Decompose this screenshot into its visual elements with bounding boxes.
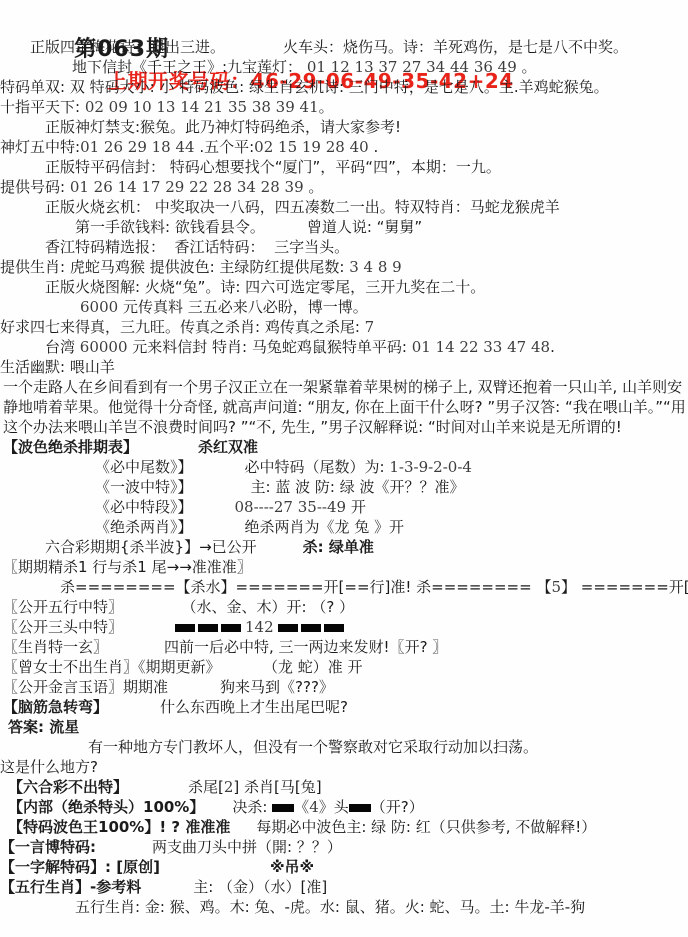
text-segment: 正版火烧玄机： 中奖取决一八码，四五凑数二一出。特双特肖：马蛇龙猴虎羊	[45, 198, 560, 216]
black-bar	[272, 804, 294, 812]
doc-line: 有一种地方专门教坏人，但没有一个警察敢对它采取行动加以扫荡。	[0, 737, 688, 757]
text-segment: 什么东西晚上才生出尾巴呢?	[160, 698, 348, 716]
doc-line: 正版神灯禁支:猴兔。此乃神灯特码绝杀，请大家参考!	[0, 117, 688, 137]
text-segment: 3 4 8 9	[349, 258, 401, 276]
text-segment: 【波色绝杀排期表】	[3, 438, 138, 456]
doc-line: 好求四七来得真，三九旺。传真之杀肖: 鸡传真之杀尾: 7	[0, 317, 688, 337]
text-segment: 6000	[80, 298, 118, 316]
black-bar	[301, 624, 321, 632]
doc-line: 〖公开三头中特〗142	[0, 617, 688, 637]
text-segment: 60000	[80, 338, 128, 356]
doc-line: 【波色绝杀排期表】杀红双准	[0, 437, 688, 457]
text-segment: 。	[304, 178, 324, 196]
doc-line: 【一字解特码】: [原创]※吊※	[0, 857, 688, 877]
text-segment: 地下信封《千王之王》:九宝莲灯：	[72, 58, 307, 76]
text-segment: 生活幽默: 喂山羊	[0, 358, 115, 376]
text-segment: 《	[294, 798, 309, 816]
doc-line: 《必中特段》】08----27 35--49 开	[0, 497, 688, 517]
text-segment: 特码单双: 双 特码大小: 小 特码波色: 绿生肖玄机诗: 三门中特，是七是八。…	[0, 78, 609, 96]
text-segment: 开	[346, 498, 366, 516]
text-segment: 第一手欲钱料: 欲钱看县令。	[75, 218, 265, 236]
text-segment: 《绝杀两肖》】	[95, 518, 193, 536]
black-bar	[278, 624, 298, 632]
doc-line: 地下信封《千王之王》:九宝莲灯： 01 12 13 37 27 34 44 36…	[0, 57, 688, 77]
doc-line: 正版火烧图解: 火烧“兔”。诗: 四六可选定零尾，三开九奖在二十。	[0, 277, 688, 297]
text-segment: 【六合彩不出特】	[8, 778, 128, 796]
doc-line: 这是什么地方?	[0, 757, 688, 777]
text-segment: 〖曾女士不出生肖〗《期期更新》	[3, 658, 221, 676]
doc-line: 生活幽默: 喂山羊	[0, 357, 688, 377]
text-segment: 142	[245, 618, 274, 636]
text-segment: 好求四七来得真，三九旺。传真之杀肖: 鸡传真之杀尾:	[0, 318, 365, 336]
doc-line: 台湾 60000 元来料信封 特肖: 马兔蛇鸡鼠猴特单平码: 01 14 22 …	[0, 337, 688, 357]
text-segment: 绝杀两肖为《龙 兔 》开	[245, 518, 405, 536]
doc-line: 正版四字梅花诗：退出三进。火车头：烧伤马。诗：羊死鸡伤，是七是八不中奖。	[0, 37, 688, 57]
text-segment: 必中特码（尾数）为:	[245, 458, 390, 476]
doc-line: 特码单双: 双 特码大小: 小 特码波色: 绿生肖玄机诗: 三门中特，是七是八。…	[0, 77, 688, 97]
doc-line: 答案: 流星	[0, 717, 688, 737]
text-segment: 提供号码:	[0, 178, 70, 196]
text-segment: 01 26 29 18 44	[80, 138, 195, 156]
black-bar	[324, 624, 344, 632]
text-segment: （水、金、木）开: （? ）	[189, 598, 354, 616]
text-segment: 01 12 13 37 27 34 44 36 49	[307, 58, 517, 76]
text-segment: .五个平:	[195, 138, 255, 156]
doc-line: 《一波中特》】主: 蓝 波 防: 绿 波《开？？准》	[0, 477, 688, 497]
black-bar	[349, 804, 371, 812]
text-segment: 杀: 绿单准	[303, 538, 374, 556]
text-segment: 08----27 35--49	[235, 498, 347, 516]
text-segment: 正版特平码信封： 特码心想要找个“厦门”，平码“四”，本期：一九。	[45, 158, 501, 176]
text-segment: 台湾	[45, 338, 80, 356]
text-segment: 。	[517, 58, 537, 76]
text-segment: 01 26 14 17 29 22 28 34 28 39	[70, 178, 304, 196]
text-segment: 主: （金）（水）[准]	[193, 878, 327, 896]
header-row: 第063期 上期开奖号码：46-29-06-49-35-42+24	[0, 5, 688, 37]
text-segment: 四前一后必中特, 三一两边来发财!〖开? 〗	[164, 638, 447, 656]
doc-line: 6000 元传真料 三五必来八必盼，博一博。	[0, 297, 688, 317]
doc-line: 【内部（绝杀特头）100%】决杀: 《4》头（开?）	[0, 797, 688, 817]
text-segment: 答案: 流星	[8, 718, 79, 736]
doc-line: 【五行生肖】-参考料主: （金）（水）[准]	[0, 877, 688, 897]
text-segment: 正版神灯禁支:猴兔。此乃神灯特码绝杀，请大家参考!	[45, 118, 401, 136]
text-segment: 正版四字梅花诗：退出三进。	[30, 38, 225, 56]
text-segment: 十指平天下:	[0, 98, 85, 116]
text-segment: （龙 蛇）准 开	[271, 658, 363, 676]
text-segment: 狗来马到《???》	[220, 678, 334, 696]
text-segment: 〖公开五行中特〗	[3, 598, 123, 616]
text-segment: 提供生肖: 虎蛇马鸡猴 提供波色: 主绿防红提供尾数:	[0, 258, 349, 276]
text-segment: 4	[309, 798, 319, 816]
doc-line: 〖公开五行中特〗（水、金、木）开: （? ）	[0, 597, 688, 617]
doc-line: 正版火烧玄机： 中奖取决一八码，四五凑数二一出。特双特肖：马蛇龙猴虎羊	[0, 197, 688, 217]
doc-line: 〖公开金言玉语〗期期准狗来马到《???》	[0, 677, 688, 697]
black-bar	[198, 624, 218, 632]
text-segment: 香江特码精选报： 香江话特码： 三字当头。	[45, 238, 349, 256]
doc-line: 香江特码精选报： 香江话特码： 三字当头。	[0, 237, 688, 257]
doc-line: 【六合彩不出特】杀尾[2] 杀肖[马[兔]	[0, 777, 688, 797]
doc-line: 〖生肖特一玄〗四前一后必中特, 三一两边来发财!〖开? 〗	[0, 637, 688, 657]
doc-line: 【脑筋急转弯】什么东西晚上才生出尾巴呢?	[0, 697, 688, 717]
text-segment: 杀红双准	[198, 438, 258, 456]
doc-line: 提供生肖: 虎蛇马鸡猴 提供波色: 主绿防红提供尾数: 3 4 8 9	[0, 257, 688, 277]
doc-line: 《绝杀两肖》】绝杀两肖为《龙 兔 》开	[0, 517, 688, 537]
text-segment: 神灯五中特:	[0, 138, 80, 156]
doc-line: 十指平天下: 02 09 10 13 14 21 35 38 39 41。	[0, 97, 688, 117]
doc-line: 【特码波色王100%】! ? 准准准每期必中波色主: 绿 防: 红（只供参考, …	[0, 817, 688, 837]
text-segment: 决杀:	[232, 798, 272, 816]
text-segment: 元传真料 三五必来八必盼，博一博。	[118, 298, 368, 316]
text-segment: 1-3-9-2-0-4	[389, 458, 472, 476]
text-segment: .	[550, 338, 555, 356]
text-segment: 曾道人说: “舅舅”	[307, 218, 422, 236]
doc-line: 〖期期精杀1 行与杀1 尾→→准准准〗	[0, 557, 688, 577]
text-segment: 火车头：烧伤马。诗：羊死鸡伤，是七是八不中奖。	[283, 38, 628, 56]
text-segment: 【五行生肖】-参考料	[0, 878, 141, 896]
doc-line: 提供号码: 01 26 14 17 29 22 28 34 28 39 。	[0, 177, 688, 197]
text-segment: 元来料信封 特肖: 马兔蛇鸡鼠猴特单平码:	[128, 338, 412, 356]
doc-line: 六合彩期期{杀半波}】→已公开杀: 绿单准	[0, 537, 688, 557]
text-segment: 【特码波色王100%】! ? 准准准	[8, 818, 230, 836]
text-segment: （开?）	[371, 798, 424, 816]
text-segment: 《必中尾数》】	[95, 458, 193, 476]
text-segment: ] 杀肖[马[兔]	[233, 778, 321, 796]
text-segment: 正版火烧图解: 火烧“兔”。诗: 四六可选定零尾，三开九奖在二十。	[45, 278, 485, 296]
text-segment: 02 09 10 13 14 21 35 38 39 41	[85, 98, 319, 116]
doc-line: 正版特平码信封： 特码心想要找个“厦门”，平码“四”，本期：一九。	[0, 157, 688, 177]
text-segment: 杀尾[	[188, 778, 224, 796]
text-segment: 〖生肖特一玄〗	[3, 638, 108, 656]
text-segment: 六合彩期期{杀半波}】→已公开	[45, 538, 257, 556]
doc-line: 神灯五中特:01 26 29 18 44 .五个平:02 15 19 28 40…	[0, 137, 688, 157]
text-segment: 【一字解特码】: [原创]	[0, 858, 160, 876]
doc-line: 一个走路人在乡间看到有一个男子汉正立在一架紧靠着苹果树的梯子上, 双臂还抱着一只…	[0, 377, 688, 437]
text-segment: 〖公开三头中特〗	[3, 618, 123, 636]
doc-line: 杀========【杀水】=======开[==行]准! 杀======== 【…	[0, 577, 688, 597]
text-segment: 7	[365, 318, 375, 336]
text-segment: 五行生肖: 金: 猴、鸡。木: 兔、-虎。水: 鼠、猪。火: 蛇、马。土: 牛龙…	[75, 898, 585, 916]
text-segment: 《一波中特》】	[95, 478, 193, 496]
lottery-tip-sheet: 第063期 上期开奖号码：46-29-06-49-35-42+24 正版四字梅花…	[0, 0, 688, 937]
text-segment: 〖公开金言玉语〗期期准	[3, 678, 168, 696]
doc-line: 五行生肖: 金: 猴、鸡。木: 兔、-虎。水: 鼠、猪。火: 蛇、马。土: 牛龙…	[0, 897, 688, 917]
black-bar	[175, 624, 195, 632]
doc-line: 【一言博特码:两支曲刀头中拼（開: ？？）	[0, 837, 688, 857]
text-segment: 〖期期精杀1 行与杀1 尾→→准准准〗	[3, 558, 252, 576]
doc-line: 第一手欲钱料: 欲钱看县令。曾道人说: “舅舅”	[0, 217, 688, 237]
doc-body: 正版四字梅花诗：退出三进。火车头：烧伤马。诗：羊死鸡伤，是七是八不中奖。地下信封…	[0, 37, 688, 917]
text-segment: 【内部（绝杀特头）100%】	[8, 798, 204, 816]
text-segment: .	[369, 138, 379, 156]
text-segment: 有一种地方专门教坏人，但没有一个警察敢对它采取行动加以扫荡。	[88, 738, 538, 756]
text-segment: ※吊※	[270, 858, 314, 876]
text-segment: 这是什么地方?	[0, 758, 98, 776]
text-segment: 01 14 22 33 47 48	[412, 338, 550, 356]
text-segment: 每期必中波色主: 绿 防: 红（只供参考, 不做解释!）	[256, 818, 596, 836]
black-bar	[221, 624, 241, 632]
doc-line: 〖曾女士不出生肖〗《期期更新》（龙 蛇）准 开	[0, 657, 688, 677]
doc-line: 《必中尾数》】必中特码（尾数）为: 1-3-9-2-0-4	[0, 457, 688, 477]
text-segment: 02 15 19 28 40	[254, 138, 369, 156]
text-segment: 一个走路人在乡间看到有一个男子汉正立在一架紧靠着苹果树的梯子上, 双臂还抱着一只…	[3, 378, 686, 436]
text-segment: 两支曲刀头中拼（開: ？？）	[152, 838, 342, 856]
text-segment: 【脑筋急转弯】	[3, 698, 108, 716]
text-segment: 杀========【杀水】=======开[==行]准! 杀======== 【	[60, 578, 551, 596]
text-segment: 主: 蓝 波 防: 绿 波《开？？准》	[251, 478, 465, 496]
text-segment: 2	[224, 778, 234, 796]
text-segment: 【一言博特码:	[0, 838, 96, 856]
text-segment: 》头	[319, 798, 349, 816]
text-segment: 5	[551, 578, 561, 596]
text-segment: 《必中特段》】	[95, 498, 193, 516]
text-segment: 。	[319, 98, 334, 116]
text-segment: 】 =======开[==尾]	[561, 578, 688, 596]
